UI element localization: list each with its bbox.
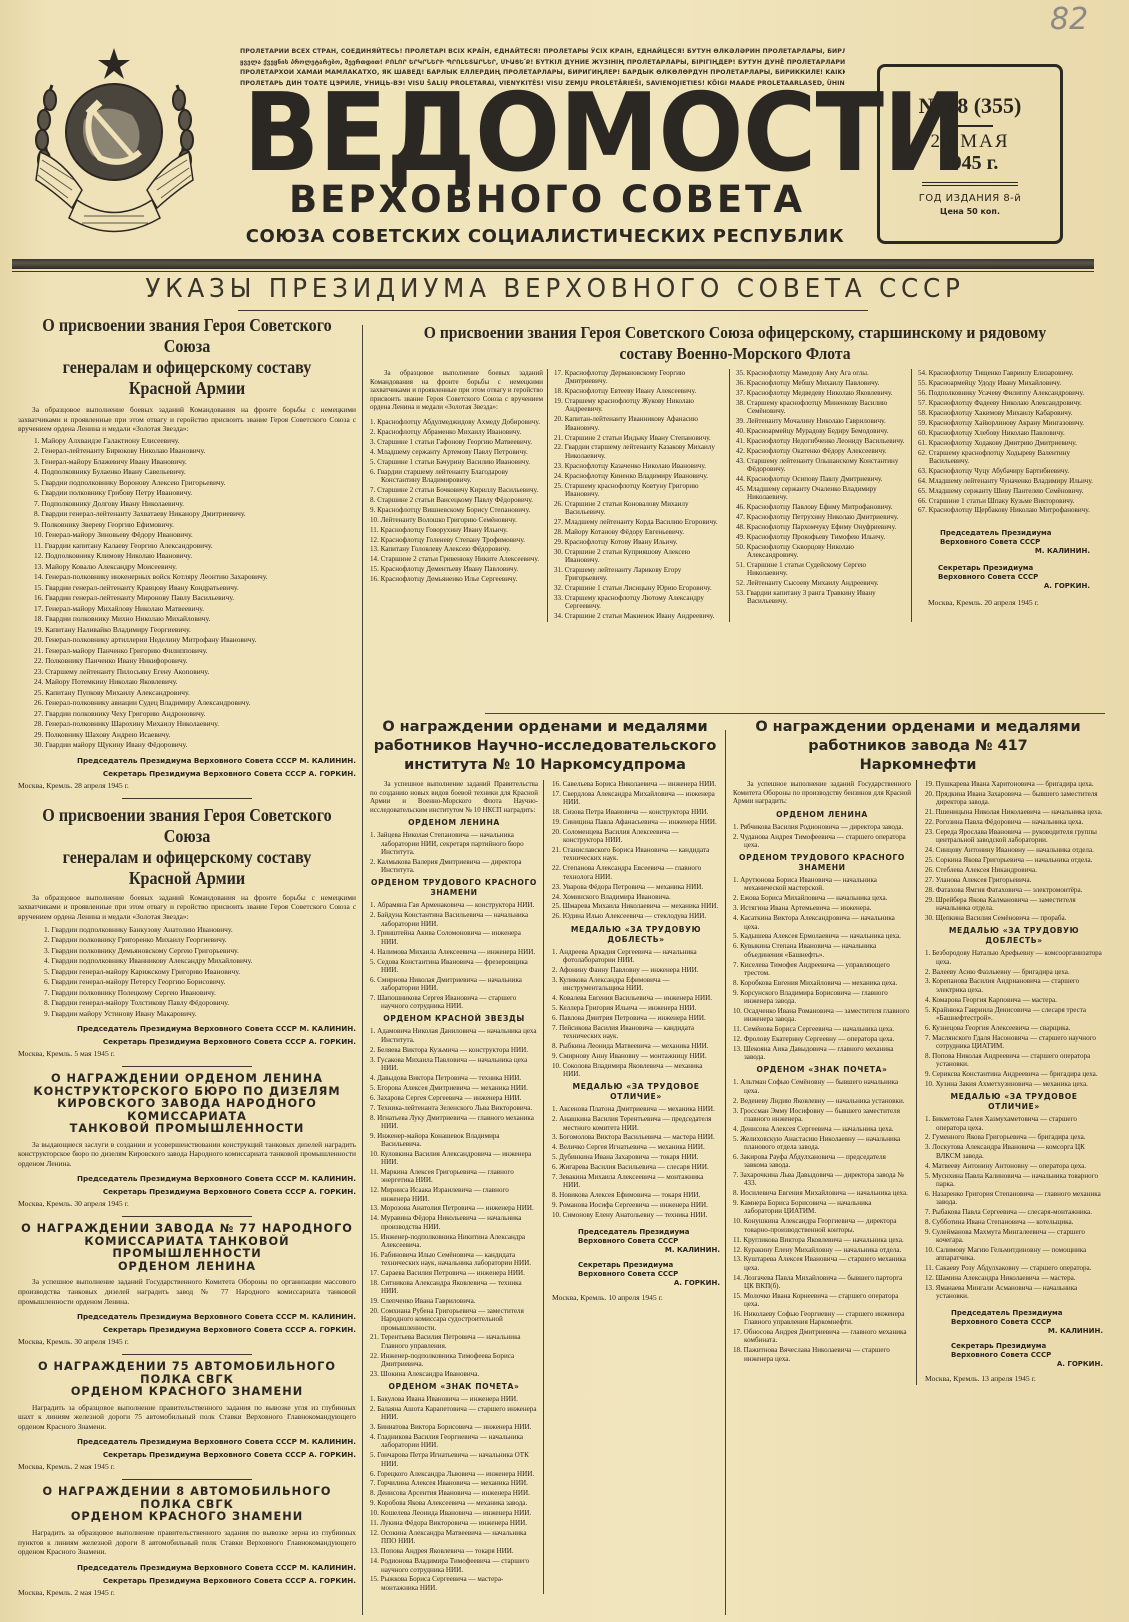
title-line: О НАГРАЖДЕНИИ ЗАВОДА № 77 НАРОДНОГО xyxy=(18,1223,356,1236)
signature-name: М. КАЛИНИН. xyxy=(951,1327,1103,1336)
list-item: 1. Краснофлотцу Абдулмеджидову Ахмеду До… xyxy=(370,418,543,426)
signature-title: Секретарь Президиума xyxy=(578,1261,720,1270)
issue-year: 1945 г. xyxy=(880,152,1060,174)
award-list: 35. Краснофлотцу Мамедову Аму Ага оглы.3… xyxy=(736,369,907,606)
signature-name: А. ГОРКИН. xyxy=(951,1360,1103,1369)
list-item: 7. Старшине 2 статьи Бочковичу Кириллу В… xyxy=(370,486,543,494)
list-item: 12. Фролову Екатерину Сергеевну — операт… xyxy=(733,1035,911,1043)
list-item: 14. Старшине 2 статьи Гривенюку Никите А… xyxy=(370,555,543,563)
chair-signature: Председатель Президиума Верховного Совет… xyxy=(18,754,356,767)
place-date: Москва, Кремль. 5 мая 1945 г. xyxy=(18,1048,356,1060)
list-item: 1. Арутюнова Бориса Ивановича — начальни… xyxy=(733,876,911,893)
place-date: Москва, Кремль. 2 мая 1945 г. xyxy=(18,1587,356,1599)
list-item: 49. Краснофлотцу Прокофьеву Тимофею Ильи… xyxy=(736,533,907,541)
list-item: 4. Ковалева Евгения Васильевича — инжене… xyxy=(552,994,720,1002)
section-divider xyxy=(485,713,1105,714)
list-item: 17. Генерал-майору Михайлову Николаю Мат… xyxy=(34,604,356,615)
list-item: 9. Смирнову Анну Ивановну — монтажницу Н… xyxy=(552,1052,720,1060)
list-item: 15. Инженер-подполковника Никитина Алекс… xyxy=(370,1233,538,1250)
list-item: 16. Савельева Бориса Николаевича — инжен… xyxy=(552,780,720,788)
article-title: О НАГРАЖДЕНИИ 8 АВТОМОБИЛЬНОГО ПОЛКА СВГ… xyxy=(18,1486,356,1524)
list-item: 1. Бикметова Галея Хазмухаметовича — ста… xyxy=(925,1115,1103,1132)
list-item: 39. Лейтенанту Мочалину Николаю Гаврилов… xyxy=(736,417,907,425)
list-item: 19. Синицина Павла Афанасьевича — инжене… xyxy=(552,818,720,826)
list-item: 55. Красноармейцу Удоду Ивану Михайлович… xyxy=(918,379,1098,387)
slogan-line: ყველა ქვეყნის პროლეტარებო, შეერთდით! ԲՈԼ… xyxy=(240,58,845,69)
list-item: 26. Генерал-полковнику авиации Судец Вла… xyxy=(34,698,356,709)
place-date: Москва, Кремль. 2 мая 1945 г. xyxy=(18,1461,356,1473)
list-item: 66. Старшине 1 статьи Шпаку Кузьме Викто… xyxy=(918,497,1098,505)
list-item: 8. Попова Николая Андреевича — старшего … xyxy=(925,1052,1103,1069)
signature-title: Секретарь Президиума xyxy=(951,1342,1103,1351)
list-item: 6. Гвардии полковнику Грибову Петру Иван… xyxy=(34,488,356,499)
secretary-signature: Секретарь Президиума Верховного Совета С… xyxy=(18,1323,356,1336)
list-item: 54. Краснофлотцу Тищенко Гавриилу Елизар… xyxy=(918,369,1098,377)
article-body: За успешное выполнение заданий Государст… xyxy=(18,1277,356,1306)
place-date: Москва, Кремль. 20 апреля 1945 г. xyxy=(928,597,1098,609)
list-item: 5. Гончарова Петра Игнатьевича — начальн… xyxy=(370,1451,538,1468)
list-item: 6. Кувыкина Степана Ивановича — начальни… xyxy=(733,942,911,959)
list-item: 1. Майору Алхваидзе Галактиону Елисеевич… xyxy=(34,436,356,447)
article-title: О НАГРАЖДЕНИИ ЗАВОДА № 77 НАРОДНОГО КОМИ… xyxy=(18,1223,356,1273)
list-item: 12. Мирниса Исаака Израилевича — главног… xyxy=(370,1186,538,1203)
list-item: 4. Величко Сергея Игнатьевича — механика… xyxy=(552,1143,720,1151)
list-item: 24. Краснофлотцу Киненко Владимиру Ивано… xyxy=(554,472,725,480)
list-item: 14. Муравина Фёдора Никольевича — началь… xyxy=(370,1214,538,1231)
list-item: 28. Генерал-полковнику Шарохину Михаилу … xyxy=(34,719,356,730)
list-item: 6. Закирова Рауфа Абдулхановича — предсе… xyxy=(733,1153,911,1170)
list-item: 1. Безбородову Наталью Арефьевну — комсо… xyxy=(925,949,1103,966)
masthead-rule xyxy=(12,259,1094,269)
list-item: 11. Сакаеву Розу Абдулхаковну — старшего… xyxy=(925,1264,1103,1272)
title-line: О награждении орденами и медалями xyxy=(370,718,720,737)
list-item: 17. Краснофлотцу Дермановскому Георгию Д… xyxy=(554,369,725,386)
list-item: 17. Обносова Андрея Дмитриевича — главно… xyxy=(733,1328,911,1345)
article-nii-10: О награждении орденами и медалями работн… xyxy=(370,718,720,1594)
list-item: 21. Терентьева Василия Петровича — начал… xyxy=(370,1333,538,1350)
list-item: 15. Гвардии генерал-лейтенанту Кравцову … xyxy=(34,583,356,594)
list-item: 10. Хузина Закия Ахметхузиновича — механ… xyxy=(925,1080,1103,1088)
article-intro: За образцовое выполнение боевых заданий … xyxy=(18,405,356,434)
list-item: 2. Анашкина Василия Терентьевича — предс… xyxy=(552,1115,720,1132)
list-item: 2. Калмыкова Валерия Дмитриевича — дирек… xyxy=(370,858,538,875)
list-item: 1. Альтман Софью Семёновну — бывшего нач… xyxy=(733,1078,911,1095)
list-item: 11. Маркина Алексея Григорьевича — главн… xyxy=(370,1168,538,1185)
divider xyxy=(122,1479,252,1480)
list-item: 46. Краснофлотцу Павлову Ефиму Митрофано… xyxy=(736,503,907,511)
list-item: 11. Краснофлотцу Говорухину Ивану Ильичу… xyxy=(370,526,543,534)
list-item: 11. Гвардии капитану Калаеву Георгию Але… xyxy=(34,541,356,552)
list-item: 50. Краснофлотцу Скворцову Николаю Алекс… xyxy=(736,543,907,560)
list-item: 5. Старшине 1 статьи Бачурину Василию Ив… xyxy=(370,458,543,466)
list-item: 2. Балаяна Ашота Карапетовича — старшего… xyxy=(370,1405,538,1422)
list-item: 4. Давыдова Виктора Петровича — техника … xyxy=(370,1074,538,1082)
list-item: 5. Келлера Григория Ильича — инженера НИ… xyxy=(552,1004,720,1012)
list-item: 26. Старшине 2 статьи Коновалову Михаилу… xyxy=(554,500,725,517)
list-item: 4. Матвееву Антонину Антоновну — операто… xyxy=(925,1162,1103,1170)
list-item: 15. Молочко Ивана Корнеевича — старшего … xyxy=(733,1292,911,1309)
article-columns: За успешное выполнение заданий Правитель… xyxy=(370,780,720,1594)
divider xyxy=(122,1066,252,1067)
list-item: 13. Яманаева Мингали Асмановича — началь… xyxy=(925,1284,1103,1301)
list-item: 11. Семёнова Бориса Сергеевича — начальн… xyxy=(733,1025,911,1033)
list-item: 1. Адамовича Николая Даниловича — началь… xyxy=(370,1027,538,1044)
article-title: О НАГРАЖДЕНИИ ОРДЕНОМ ЛЕНИНА КОНСТРУКТОР… xyxy=(18,1073,356,1136)
article-title: О награждении орденами и медалями работн… xyxy=(370,718,720,775)
list-item: 8. Субботина Ивана Степановича — котельщ… xyxy=(925,1218,1103,1226)
list-item: 4. Касаткина Виктора Александровича — на… xyxy=(733,914,911,931)
column-right: 16. Савельева Бориса Николаевича — инжен… xyxy=(552,780,720,1594)
list-item: 38. Старшему краснофлотцу Миненкову Васи… xyxy=(736,399,907,416)
list-item: 4. Гладникова Василия Георгиевича — нача… xyxy=(370,1433,538,1450)
list-item: 17. Сараева Василия Петровича — инженера… xyxy=(370,1269,538,1277)
signature-title: Секретарь Президиума xyxy=(938,564,1090,573)
award-list: 1. Бакулова Ивана Ивановича — инженера Н… xyxy=(370,1395,538,1592)
list-item: 10. Генерал-майору Зиновьеву Фёдору Иван… xyxy=(34,530,356,541)
list-item: 7. Подполковнику Долгову Ивану Николаеви… xyxy=(34,499,356,510)
list-item: 19. Пушкарева Ивана Харитоновича — брига… xyxy=(925,780,1103,788)
list-item: 5. Муснхина Павла Калиновича — начальник… xyxy=(925,1172,1103,1189)
signature-title: Председатель Президиума xyxy=(940,529,1090,538)
title-line: работников Научно-исследовательского xyxy=(370,737,720,756)
list-item: 5. Гвардии генерал-майору Карижскому Гри… xyxy=(44,967,356,978)
list-item: 10. Салимову Магию Гельмитдиновну — помо… xyxy=(925,1246,1103,1263)
secretary-signature: Секретарь Президиума Верховного Совета С… xyxy=(18,1185,356,1198)
list-item: 1. Бакулова Ивана Ивановича — инженера Н… xyxy=(370,1395,538,1403)
list-item: 3. Гвардии полковнику Демьяновскому Серг… xyxy=(44,946,356,957)
list-item: 9. Гвардии майору Устинову Ивану Макаров… xyxy=(44,1009,356,1020)
list-item: 23. Краснофлотцу Казаченко Николаю Ивано… xyxy=(554,462,725,470)
list-item: 7. Гвардии полковнику Полецкому Сергею И… xyxy=(44,988,356,999)
list-item: 8. Коробкова Евгения Михайловича — механ… xyxy=(733,979,911,987)
list-item: 6. Захарова Сергея Сергеевича — инженера… xyxy=(370,1094,538,1102)
list-item: 40. Красноармейцу Мурадову Бедиру Бемодо… xyxy=(736,427,907,435)
list-item: 11. Лукина Фёдора Викторовича — инженера… xyxy=(370,1519,538,1527)
list-item: 16. Рабиновича Илью Семёновича — кандида… xyxy=(370,1251,538,1268)
title-line: ОРДЕНОМ ЛЕНИНА xyxy=(18,1261,356,1274)
list-item: 36. Краснофлотцу Мебшу Михаилу Павловичу… xyxy=(736,379,907,387)
list-item: 14. Родионова Владимира Тимофеевича — ст… xyxy=(370,1557,538,1574)
article-body: За выдающиеся заслуги в создании и усове… xyxy=(18,1140,356,1169)
list-item: 18. Гвардии полковнику Михно Николаю Мих… xyxy=(34,614,356,625)
list-item: 3. Богомолова Виктора Васильевича — маст… xyxy=(552,1133,720,1141)
list-item: 7. Пейсикова Василия Ивановича — кандида… xyxy=(552,1024,720,1041)
list-item: 14. Лозгачева Павла Михайловича — бывшег… xyxy=(733,1274,911,1291)
chair-signature: Председатель Президиума Верховного Совет… xyxy=(940,529,1090,556)
article-navy-heroes: О присвоении звания Героя Советского Сою… xyxy=(370,322,1100,622)
title-line: ОРДЕНОМ КРАСНОГО ЗНАМЕНИ xyxy=(18,1511,356,1524)
list-item: 15. Рыжкова Бориса Сергеевича — мастера-… xyxy=(370,1575,538,1592)
list-item: 3. Гроссман Эмму Иосифовну — бывшего зам… xyxy=(733,1107,911,1124)
article-intro: За успешное выполнение заданий Правитель… xyxy=(370,780,538,814)
column-right: 19. Пушкарева Ивана Харитоновича — брига… xyxy=(925,780,1103,1385)
list-item: 9. Сулейманова Махмута Мингалеевича — ст… xyxy=(925,1228,1103,1245)
list-item: 23. Уварова Фёдора Петровича — механика … xyxy=(552,883,720,891)
list-item: 25. Соркина Якова Григорьевича — начальн… xyxy=(925,856,1103,864)
list-item: 53. Гвардии капитану 3 ранга Травкину Ив… xyxy=(736,589,907,606)
list-item: 13. Шекояна Аика Давыдовича — главного м… xyxy=(733,1045,911,1062)
list-item: 43. Старшему лейтенанту Ольшанскому Конс… xyxy=(736,457,907,474)
list-item: 2. Афонину Фаину Павловну — инженера НИИ… xyxy=(552,966,720,974)
divider xyxy=(947,125,993,127)
list-item: 2. Генерал-лейтенанту Бирюкову Николаю И… xyxy=(34,446,356,457)
list-item: 57. Краснофлотцу Фадееву Николаю Алексан… xyxy=(918,399,1098,407)
award-list: 1. Зайцева Николая Степановича — начальн… xyxy=(370,831,538,874)
list-item: 6. Гвардии генерал-майору Петерсу Георги… xyxy=(44,977,356,988)
list-item: 48. Краснофлотцу Пархомчуку Ефиму Онуфри… xyxy=(736,523,907,531)
place-date: Москва, Кремль. 30 апреля 1945 г. xyxy=(18,1336,356,1348)
title-line: Красной Армии xyxy=(32,378,343,399)
list-item: 24. Хоминского Владимира Ивановича. xyxy=(552,893,720,901)
list-item: 6. Назаренко Григория Степановича — глав… xyxy=(925,1190,1103,1207)
issue-number: № 28 (355) xyxy=(880,93,1060,119)
title-line: О награждении орденами и медалями xyxy=(733,718,1103,737)
list-item: 3. Гринштейна Акива Соломоновича — инжен… xyxy=(370,929,538,946)
article-title: О присвоении звания Героя Советского Сою… xyxy=(32,315,343,399)
award-list: 1. Абрамяна Гая Арменаковича — конструкт… xyxy=(370,901,538,1010)
award-heading: МЕДАЛЬЮ «ЗА ТРУДОВОЕ ОТЛИЧИЕ» xyxy=(925,1092,1103,1112)
award-heading: МЕДАЛЬЮ «ЗА ТРУДОВОЕ ОТЛИЧИЕ» xyxy=(552,1082,720,1102)
signature-council: Верховного Совета СССР xyxy=(938,573,1090,582)
list-item: 9. Корсунского Владимира Борисовича — гл… xyxy=(733,989,911,1006)
navy-col-3: 35. Краснофлотцу Мамедову Аму Ага оглы.3… xyxy=(736,369,912,622)
column-left: За успешное выполнение заданий Правитель… xyxy=(370,780,544,1594)
article-intro: За образцовое выполнение боевых заданий … xyxy=(370,369,543,412)
list-item: 22. Степанова Александра Евсеевича — гла… xyxy=(552,864,720,881)
list-item: 4. Комарова Георгия Карповича — мастера. xyxy=(925,996,1103,1004)
list-item: 31. Старшему лейтенанту Ларикову Егору Г… xyxy=(554,566,725,583)
secretary-signature: Секретарь Президиума Верховного Совета С… xyxy=(938,564,1090,591)
article-title: О присвоении звания Героя Советского Сою… xyxy=(399,322,1071,364)
list-item: 63. Краснофлотцу Чуцу Абубачиру Бартибие… xyxy=(918,467,1098,475)
list-item: 8. Старшине 2 статьи Вансецкому Павлу Фё… xyxy=(370,496,543,504)
award-list: 1. Гвардии подполковнику Банкузову Анато… xyxy=(44,925,356,1020)
list-item: 64. Младшему лейтенанту Чуначенко Владим… xyxy=(918,477,1098,485)
handwritten-page-number: 82 xyxy=(1050,2,1088,37)
award-heading: ОРДЕНОМ ЛЕНИНА xyxy=(370,818,538,828)
list-item: 47. Краснофлотцу Петрухину Николаю Дмитр… xyxy=(736,513,907,521)
title-line: О присвоении звания Героя Советского Сою… xyxy=(32,315,343,357)
list-item: 21. Станиславского Бориса Ивановича — ка… xyxy=(552,846,720,863)
list-item: 3. Генерал-майору Блажевичу Ивану Иванов… xyxy=(34,457,356,468)
list-item: 28. Фатахова Ямгия Фатаховича — электром… xyxy=(925,886,1103,894)
list-item: 9. Романова Иосифа Сергеевича — инженера… xyxy=(552,1201,720,1209)
list-item: 7. Зевакина Михаила Алексеевича — монтаж… xyxy=(552,1173,720,1190)
list-item: 6. Гвардии старшему лейтенанту Благодаро… xyxy=(370,468,543,485)
list-item: 41. Краснофлотцу Недогибченко Леониду Ва… xyxy=(736,437,907,445)
list-item: 61. Краснофлотцу Ходакову Дмитрию Дмитри… xyxy=(918,439,1098,447)
list-item: 8. Рыбкина Леонида Матвеевича — механика… xyxy=(552,1042,720,1050)
navy-col-2: 17. Краснофлотцу Дермановскому Георгию Д… xyxy=(554,369,730,622)
list-item: 22. Полковнику Панченко Ивану Никифорови… xyxy=(34,656,356,667)
list-item: 28. Майору Котанову Фёдору Евгеньевичу. xyxy=(554,528,725,536)
chair-signature: Председатель Президиума Верховного Совет… xyxy=(18,1172,356,1185)
list-item: 6. Смирнова Николая Дмитриевича — началь… xyxy=(370,976,538,993)
list-item: 5. Егорова Алексея Дмитриевича — механик… xyxy=(370,1084,538,1092)
list-item: 37. Краснофлотцу Медведеву Николаю Яковл… xyxy=(736,389,907,397)
divider xyxy=(122,1216,252,1217)
list-item: 18. Сизова Петра Ивановича — конструктор… xyxy=(552,808,720,816)
list-item: 9. Полковнику Звереву Георгию Ефимовичу. xyxy=(34,520,356,531)
award-list: 17. Краснофлотцу Дермановскому Георгию Д… xyxy=(554,369,725,620)
list-item: 60. Краснофлотцу Хлебову Николаю Павлови… xyxy=(918,429,1098,437)
list-item: 65. Младшему сержанту Шиву Пантелею Семё… xyxy=(918,487,1098,495)
list-item: 9. Краснофлотцу Вишневскому Борису Степа… xyxy=(370,506,543,514)
list-item: 51. Старшине 1 статьи Судейскому Сергею … xyxy=(736,561,907,578)
title-line: О НАГРАЖДЕНИИ 75 АВТОМОБИЛЬНОГО ПОЛКА СВ… xyxy=(18,1361,356,1386)
article-intro: За образцовое выполнение боевых заданий … xyxy=(18,893,356,922)
list-item: 16. Гвардии генерал-лейтенанту Миронову … xyxy=(34,593,356,604)
list-item: 67. Краснофлотцу Щербакову Николаю Митро… xyxy=(918,506,1098,514)
list-item: 10. Конушкина Александра Георгиевича — д… xyxy=(733,1217,911,1234)
list-item: 34. Старшине 2 статьи Макиенок Ивану Анд… xyxy=(554,612,725,620)
list-item: 19. Слепченко Ивана Гавриловича. xyxy=(370,1297,538,1305)
list-item: 8. Денисова Арсентия Ивановича — инженер… xyxy=(370,1489,538,1497)
list-item: 30. Щепкина Василия Семёновича — прораба… xyxy=(925,914,1103,922)
award-list: 1. Краснофлотцу Абдулмеджидову Ахмеду До… xyxy=(370,418,543,584)
list-item: 1. Гвардии подполковнику Банкузову Анато… xyxy=(44,925,356,936)
list-item: 7. Рыбакова Павла Сергеевича — слесаря-м… xyxy=(925,1208,1103,1216)
list-item: 10. Осадченко Ивана Романовича — замести… xyxy=(733,1007,911,1024)
secretary-signature: Секретарь Президиума Верховного Совета С… xyxy=(18,1448,356,1461)
chair-signature: Председатель Президиума Верховного Совет… xyxy=(18,1561,356,1574)
list-item: 10. Кошелева Леонида Ивановича — инженер… xyxy=(370,1509,538,1517)
award-list: 1. Майору Алхваидзе Галактиону Елисеевич… xyxy=(34,436,356,751)
list-item: 6. Горецкого Александра Львовича — инжен… xyxy=(370,1470,538,1478)
title-line: О присвоении звания Героя Советского Сою… xyxy=(32,805,343,847)
list-item: 17. Свердлова Александра Михайловича — и… xyxy=(552,790,720,807)
navy-col-1: За образцовое выполнение боевых заданий … xyxy=(370,369,548,622)
article-columns: За успешное выполнение заданий Государст… xyxy=(733,780,1103,1385)
list-item: 2. Байдуна Константина Васильевича — нач… xyxy=(370,911,538,928)
list-item: 23. Старшему лейтенанту Пилосьяну Егену … xyxy=(34,667,356,678)
list-item: 2. Валееву Асию Фазлыевну — бригадира це… xyxy=(925,968,1103,976)
award-list: 1. Арутюнова Бориса Ивановича — начальни… xyxy=(733,876,911,1061)
list-item: 2. Гуменного Якова Григорьевича — бригад… xyxy=(925,1133,1103,1141)
list-item: 19. Капитану Наливайко Владимиру Георгие… xyxy=(34,625,356,636)
title-line: составу Военно-Морского Флота xyxy=(399,343,1071,364)
issue-info-box: № 28 (355) 20 МАЯ 1945 г. ГОД ИЗДАНИЯ 8-… xyxy=(877,64,1063,244)
list-item: 62. Старшему краснофлотцу Ходыреву Вален… xyxy=(918,449,1098,466)
list-item: 30. Старшине 2 статьи Куприяшову Алексею… xyxy=(554,548,725,565)
list-item: 10. Лейтенанту Волошко Григорию Семёнови… xyxy=(370,516,543,524)
list-item: 3. Куликова Александра Ефимовича — инстр… xyxy=(552,976,720,993)
list-item: 3. Лоскутова Александра Ивановича — комс… xyxy=(925,1143,1103,1160)
divider xyxy=(122,1354,252,1355)
list-item: 12. Куракину Елену Михайловну — начальни… xyxy=(733,1246,911,1254)
list-item: 25. Капитану Пупкову Михаилу Александров… xyxy=(34,688,356,699)
title-line: генералам и офицерскому составу xyxy=(32,847,343,868)
column-divider xyxy=(362,325,363,1615)
list-item: 12. Подполковнику Климову Николаю Иванов… xyxy=(34,551,356,562)
list-item: 12. Шамина Александра Николаевича — маст… xyxy=(925,1274,1103,1282)
article-title: О присвоении звания Героя Советского Сою… xyxy=(32,805,343,889)
list-item: 8. Игнатьева Луку Дмитриевича — главного… xyxy=(370,1114,538,1131)
chair-signature: Председатель ПрезидиумаВерховного Совета… xyxy=(951,1309,1103,1336)
masthead-rule-thin xyxy=(12,271,1094,272)
list-item: 10. Куловкина Василия Александровича — и… xyxy=(370,1150,538,1167)
list-item: 18. Краснофлотцу Евтееву Ивану Алексееви… xyxy=(554,387,725,395)
list-item: 3. Старшине 1 статьи Гафонову Георгию Ма… xyxy=(370,438,543,446)
column-left: За успешное выполнение заданий Государст… xyxy=(733,780,917,1385)
article-army-heroes-1: О присвоении звания Героя Советского Сою… xyxy=(18,315,356,1599)
chair-signature: Председатель Президиума Верховного Совет… xyxy=(18,1435,356,1448)
list-item: 16. Николаеву Софью Георгиевну — старшег… xyxy=(733,1310,911,1327)
list-item: 4. Гвардии подполковнику Иванникову Алек… xyxy=(44,956,356,967)
list-item: 23. Середа Ярослава Ивановича — руководи… xyxy=(925,828,1103,845)
title-line: Наркомнефти xyxy=(733,756,1103,775)
title-line: КОМИССАРИАТА ТАНКОВОЙ ПРОМЫШЛЕННОСТИ xyxy=(18,1236,356,1261)
title-line: ТАНКОВОЙ ПРОМЫШЛЕННОСТИ xyxy=(18,1123,356,1136)
list-item: 3. Истягина Ивана Артемьевича — инженера… xyxy=(733,904,911,912)
award-list: 16. Савельева Бориса Николаевича — инжен… xyxy=(552,780,720,921)
list-item: 33. Старшему краснофлотцу Лютому Алексан… xyxy=(554,594,725,611)
list-item: 11. Кругликова Виктора Яковлевича — нача… xyxy=(733,1236,911,1244)
title-line: КИРОВСКОГО ЗАВОДА НАРОДНОГО КОМИССАРИАТА xyxy=(18,1098,356,1123)
award-list: 1. Бикметова Галея Хазмухаметовича — ста… xyxy=(925,1115,1103,1300)
list-item: 5. Гвардии подполковнику Воронову Алексе… xyxy=(34,478,356,489)
chair-signature: Председатель Президиума Верховного Совет… xyxy=(18,1310,356,1323)
list-item: 18. Пажитнова Вячеслава Николаевича — ст… xyxy=(733,1346,911,1363)
signature-name: А. ГОРКИН. xyxy=(578,1279,720,1288)
list-item: 19. Старшему краснофлотцу Жукову Николаю… xyxy=(554,397,725,414)
list-item: 24. Синцову Антонину Ивановну — начальни… xyxy=(925,846,1103,854)
list-item: 29. Краснофлотцу Котову Ивану Ильичу. xyxy=(554,538,725,546)
list-item: 7. Захарочкина Льва Давыдовича — директо… xyxy=(733,1171,911,1188)
list-item: 5. Крайнюка Гавриила Денисовича — слесар… xyxy=(925,1006,1103,1023)
list-item: 2. Беляева Виктора Кузьмича — конструкто… xyxy=(370,1046,538,1054)
place-date: Москва, Кремль. 13 апреля 1945 г. xyxy=(925,1373,1103,1385)
column-divider xyxy=(725,730,726,1615)
list-item: 20. Сомхиана Рубена Григорьевича — замес… xyxy=(370,1307,538,1332)
list-item: 42. Краснофлотцу Окатенко Фёдору Алексее… xyxy=(736,447,907,455)
list-item: 1. Аксенова Платона Дмитриевича — механи… xyxy=(552,1105,720,1113)
award-heading: ОРДЕНОМ «ЗНАК ПОЧЕТА» xyxy=(733,1065,911,1075)
chair-signature: Председатель Президиума Верховного Совет… xyxy=(18,1022,356,1035)
signature-name: А. ГОРКИН. xyxy=(938,582,1090,591)
section-banner: УКАЗЫ ПРЕЗИДИУМА ВЕРХОВНОГО СОВЕТА СССР xyxy=(47,274,1064,304)
list-item: 9. Коробова Якова Алексеевича — механика… xyxy=(370,1499,538,1507)
award-heading: ОРДЕНОМ ЛЕНИНА xyxy=(733,810,911,820)
signature-council: Верховного Совета СССР xyxy=(951,1351,1103,1360)
list-item: 7. Шапошникова Сергея Ивановича — старше… xyxy=(370,994,538,1011)
newspaper-page: 82 ПРОЛЕТАРИИ ВСЕХ СТРАН, СОЕДИНЯЙТЕСЬ! … xyxy=(0,0,1129,1622)
list-item: 2. Краснофлотцу Абраменко Михаилу Иванов… xyxy=(370,428,543,436)
newspaper-title: ВЕДОМОСТИ xyxy=(243,84,820,184)
list-item: 20. Прядкина Ивана Захаровича — бывшего … xyxy=(925,790,1103,807)
list-item: 2. Веденеву Лидию Яковлевну — начальника… xyxy=(733,1097,911,1105)
list-item: 4. Подполковнику Булаенко Ивану Савельев… xyxy=(34,467,356,478)
article-intro: За успешное выполнение заданий Государст… xyxy=(733,780,911,806)
signature-council: Верховного Совета СССР xyxy=(951,1318,1103,1327)
title-line: О НАГРАЖДЕНИИ ОРДЕНОМ ЛЕНИНА xyxy=(18,1073,356,1086)
price: Цена 50 коп. xyxy=(880,207,1060,216)
list-item: 9. Инженер-майора Конашевок Владимира Ва… xyxy=(370,1132,538,1149)
award-heading: ОРДЕНОМ ТРУДОВОГО КРАСНОГО ЗНАМЕНИ xyxy=(733,853,911,873)
secretary-signature: Секретарь Президиума Верховного Совета С… xyxy=(18,1574,356,1587)
place-date: Москва, Кремль. 28 апреля 1945 г. xyxy=(18,780,356,792)
newspaper-subtitle: ВЕРХОВНОГО СОВЕТА xyxy=(277,178,817,221)
issue-date: 20 МАЯ xyxy=(880,132,1060,152)
list-item: 23. Шокина Александра Ивановича. xyxy=(370,1370,538,1378)
list-item: 13. Капитану Головлеву Алексею Фёдорович… xyxy=(370,545,543,553)
secretary-signature: Секретарь Президиума Верховного Совета С… xyxy=(18,1035,356,1048)
list-item: 12. Краснофлотцу Голеневу Степану Трофим… xyxy=(370,536,543,544)
list-item: 4. Младшему сержанту Артемову Павлу Петр… xyxy=(370,448,543,456)
article-title: О награждении орденами и медалями работн… xyxy=(733,718,1103,775)
list-item: 6. Кузнецова Георгия Алексеевича — сварщ… xyxy=(925,1024,1103,1032)
list-item: 22. Инженер-подполковника Тимофеева Бори… xyxy=(370,1352,538,1369)
